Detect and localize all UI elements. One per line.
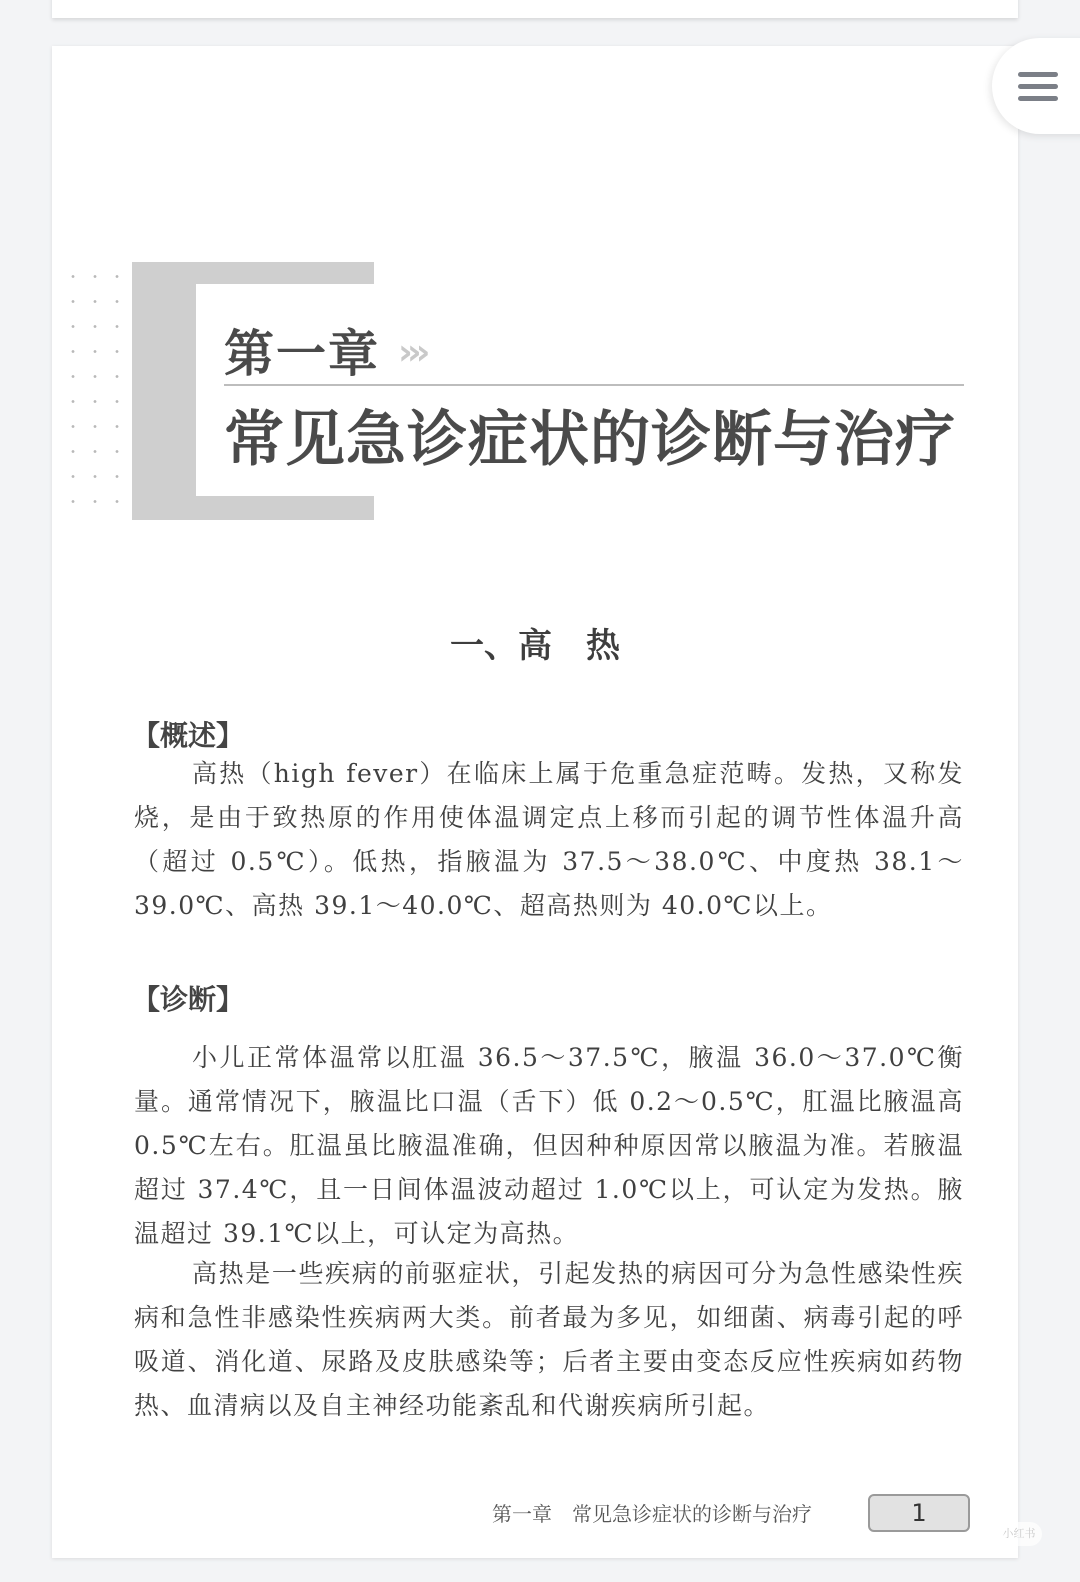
watermark: 小红书 (996, 1522, 1042, 1546)
menu-button[interactable] (992, 38, 1080, 134)
paragraph-diagnosis-1: 小儿正常体温常以肛温 36.5～37.5℃，腋温 36.0～37.0℃衡量。通常… (134, 1036, 964, 1256)
chapter-number: 第一章 (224, 314, 380, 386)
decorative-dot-grid (62, 264, 128, 522)
paragraph-diagnosis-2: 高热是一些疾病的前驱症状，引起发热的病因可分为急性感染性疾病和急性非感染性疾病两… (134, 1252, 964, 1428)
document-page: 第一章 ››› 常见急诊症状的诊断与治疗 一、高 热 【概述】 高热（high … (52, 46, 1018, 1558)
label-diagnosis: 【诊断】 (132, 978, 244, 1018)
running-footer-title: 第一章 常见急诊症状的诊断与治疗 (492, 1498, 812, 1527)
chapter-divider (224, 384, 964, 386)
page-number: 1 (868, 1494, 970, 1532)
previous-page-edge (52, 0, 1018, 18)
label-overview: 【概述】 (132, 714, 244, 754)
section-title: 一、高 热 (52, 618, 1018, 667)
paragraph-overview: 高热（high fever）在临床上属于危重急症范畴。发热，又称发烧，是由于致热… (134, 752, 964, 928)
chevrons-icon: ››› (398, 332, 425, 373)
chapter-title: 常见急诊症状的诊断与治疗 (224, 392, 956, 478)
chapter-bracket-decoration (132, 262, 374, 520)
